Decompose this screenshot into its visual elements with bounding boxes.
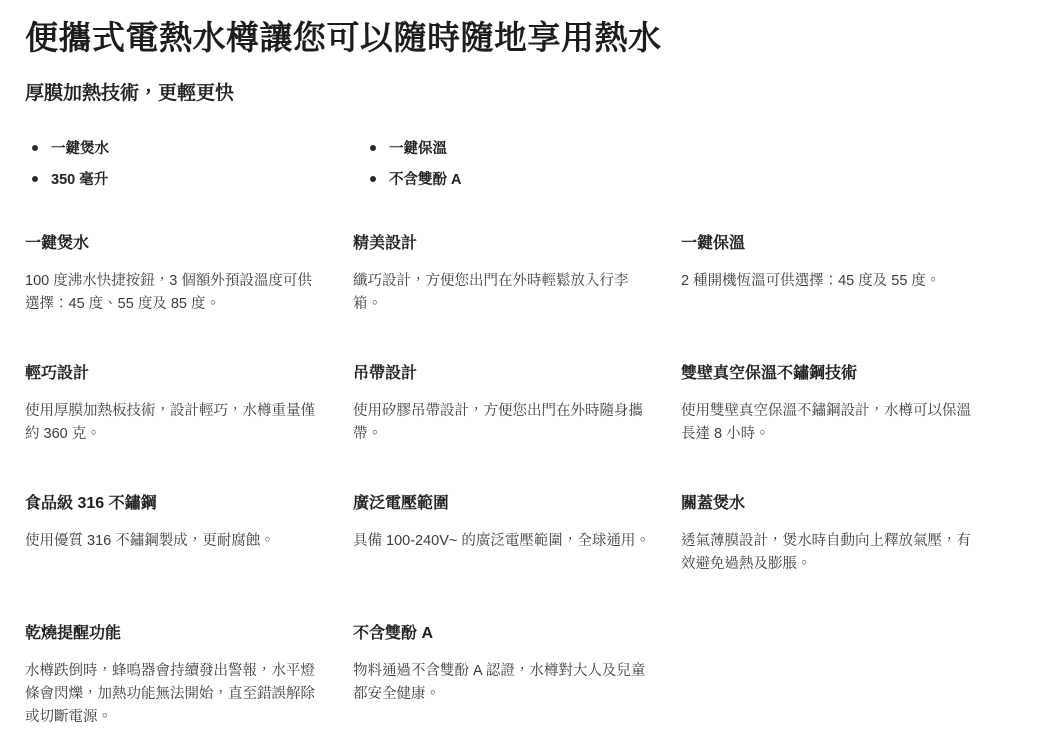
feature-body: 透氣薄膜設計，煲水時自動向上釋放氣壓，有效避免過熱及膨脹。 (681, 530, 981, 576)
list-item: 一鍵煲水 (32, 132, 363, 163)
list-item: 350 毫升 (32, 163, 363, 194)
feature-body: 使用優質 316 不鏽鋼製成，更耐腐蝕。 (25, 530, 325, 553)
feature-body: 100 度沸水快捷按鈕，3 個額外預設溫度可供選擇：45 度、55 度及 85 … (25, 270, 325, 316)
feature-section-strap-design: 吊帶設計 使用矽膠吊帶設計，方便您出門在外時隨身攜帶。 (353, 364, 653, 446)
feature-body: 水樽跌倒時，蜂鳴器會持續發出警報，水平燈條會閃爍，加熱功能無法開始，直至錯誤解除… (25, 660, 325, 729)
feature-title: 精美設計 (353, 234, 653, 255)
feature-body: 使用矽膠吊帶設計，方便您出門在外時隨身攜帶。 (353, 400, 653, 446)
product-description-page: 便攜式電熱水樽讓您可以隨時隨地享用熱水 厚膜加熱技術，更輕更快 一鍵煲水 350… (0, 0, 1049, 749)
feature-section-dry-burn-alert: 乾燒提醒功能 水樽跌倒時，蜂鳴器會持續發出警報，水平燈條會閃爍，加熱功能無法開始… (25, 624, 325, 729)
feature-title: 食品級 316 不鏽鋼 (25, 494, 325, 515)
bullet-label: 不含雙酚 A (389, 168, 462, 189)
feature-body: 使用雙壁真空保溫不鏽鋼設計，水樽可以保溫長達 8 小時。 (681, 400, 981, 446)
feature-title: 不含雙酚 A (353, 624, 653, 645)
feature-body: 物料通過不含雙酚 A 認證，水樽對大人及兒童都安全健康。 (353, 660, 653, 706)
feature-title: 關蓋煲水 (681, 494, 981, 515)
feature-title: 吊帶設計 (353, 364, 653, 385)
list-item: 不含雙酚 A (370, 163, 1024, 194)
bullet-label: 一鍵保溫 (389, 137, 447, 158)
highlight-bullets: 一鍵煲水 350 毫升 一鍵保溫 不含雙酚 A (25, 132, 1024, 194)
page-subtitle: 厚膜加熱技術，更輕更快 (25, 83, 1024, 106)
feature-section-closed-lid-boiling: 關蓋煲水 透氣薄膜設計，煲水時自動向上釋放氣壓，有效避免過熱及膨脹。 (681, 494, 981, 576)
feature-title: 廣泛電壓範圍 (353, 494, 653, 515)
feature-body: 纖巧設計，方便您出門在外時輕鬆放入行李箱。 (353, 270, 653, 316)
feature-title: 輕巧設計 (25, 364, 325, 385)
bullet-dot-icon (370, 145, 376, 151)
bullet-dot-icon (370, 176, 376, 182)
feature-section-one-key-boil: 一鍵煲水 100 度沸水快捷按鈕，3 個額外預設溫度可供選擇：45 度、55 度… (25, 234, 325, 316)
feature-section-exquisite-design: 精美設計 纖巧設計，方便您出門在外時輕鬆放入行李箱。 (353, 234, 653, 316)
feature-section-one-key-keep-warm: 一鍵保溫 2 種開機恆溫可供選擇：45 度及 55 度。 (681, 234, 981, 316)
bullet-column-left: 一鍵煲水 350 毫升 (25, 132, 363, 194)
feature-section-lightweight-design: 輕巧設計 使用厚膜加熱板技術，設計輕巧，水樽重量僅約 360 克。 (25, 364, 325, 446)
page-title: 便攜式電熱水樽讓您可以隨時隨地享用熱水 (25, 18, 1024, 58)
bullet-label: 一鍵煲水 (51, 137, 109, 158)
feature-section-food-grade-316: 食品級 316 不鏽鋼 使用優質 316 不鏽鋼製成，更耐腐蝕。 (25, 494, 325, 576)
feature-section-wide-voltage-range: 廣泛電壓範圍 具備 100-240V~ 的廣泛電壓範圍，全球通用。 (353, 494, 653, 576)
feature-section-double-wall-vacuum: 雙壁真空保溫不鏽鋼技術 使用雙壁真空保溫不鏽鋼設計，水樽可以保溫長達 8 小時。 (681, 364, 981, 446)
list-item: 一鍵保溫 (370, 132, 1024, 163)
feature-section-bpa-free: 不含雙酚 A 物料通過不含雙酚 A 認證，水樽對大人及兒童都安全健康。 (353, 624, 653, 729)
bullet-dot-icon (32, 145, 38, 151)
feature-body: 具備 100-240V~ 的廣泛電壓範圍，全球通用。 (353, 530, 653, 553)
feature-title: 一鍵煲水 (25, 234, 325, 255)
feature-title: 雙壁真空保溫不鏽鋼技術 (681, 364, 981, 385)
feature-grid: 一鍵煲水 100 度沸水快捷按鈕，3 個額外預設溫度可供選擇：45 度、55 度… (25, 234, 1024, 728)
feature-body: 2 種開機恆溫可供選擇：45 度及 55 度。 (681, 270, 981, 293)
bullet-column-right: 一鍵保溫 不含雙酚 A (363, 132, 1024, 194)
bullet-dot-icon (32, 176, 38, 182)
feature-body: 使用厚膜加熱板技術，設計輕巧，水樽重量僅約 360 克。 (25, 400, 325, 446)
feature-title: 一鍵保溫 (681, 234, 981, 255)
feature-title: 乾燒提醒功能 (25, 624, 325, 645)
bullet-label: 350 毫升 (51, 168, 108, 189)
